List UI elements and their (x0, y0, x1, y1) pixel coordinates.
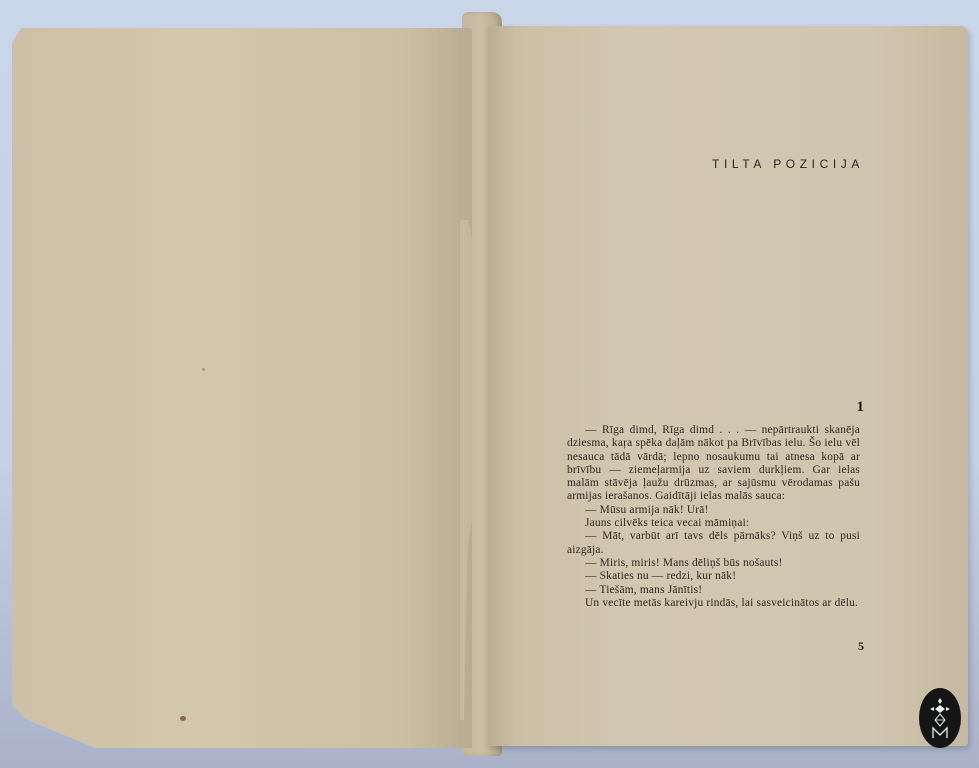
paragraph: — Mūsu armija nāk! Urā! (567, 504, 860, 517)
book-photo: TILTA POZICIJA 1 — Rīga dimd, Rīga dimd … (0, 0, 979, 768)
paragraph: — Tiešām, mans Jānītis! (567, 584, 860, 597)
paper-stain (202, 368, 205, 371)
paragraph: — Rīga dimd, Rīga dimd . . . — nepārtrau… (567, 424, 860, 504)
page-number: 5 (858, 639, 864, 654)
paragraph: — Māt, varbūt arī tavs dēls pārnāks? Viņ… (567, 530, 860, 557)
paragraph: Jauns cilvēks teica vecai māmiņai: (567, 517, 860, 530)
left-page-blank (12, 28, 472, 748)
paragraph: Un vecīte metās kareivju rindās, lai sas… (567, 597, 860, 610)
body-text: — Rīga dimd, Rīga dimd . . . — nepārtrau… (567, 424, 860, 610)
paragraph: — Miris, miris! Mans dēliņš būs nošauts! (567, 557, 860, 570)
section-number: 1 (857, 399, 865, 416)
right-page: TILTA POZICIJA 1 — Rīga dimd, Rīga dimd … (488, 26, 968, 746)
chapter-title: TILTA POZICIJA (712, 157, 864, 171)
paper-stain (180, 716, 186, 721)
folk-ornament-monogram-icon (925, 696, 955, 740)
paragraph: — Skaties nu — redzi, kur nāk! (567, 570, 860, 583)
watermark-logo (919, 688, 961, 748)
